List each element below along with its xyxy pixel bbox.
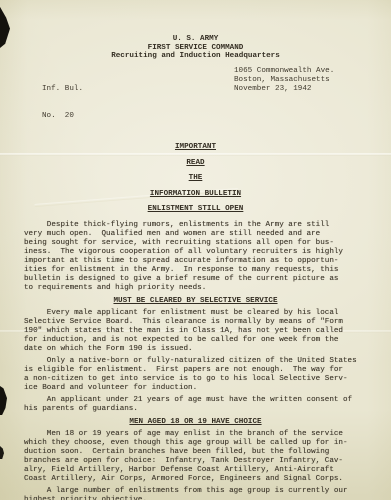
letterhead-army-line: U. S. ARMY — [24, 35, 367, 44]
bulletin-number: No. 20 — [42, 112, 83, 121]
document-date: November 23, 1942 — [234, 85, 367, 94]
address-block: 1065 Commonwealth Ave. Boston, Massachus… — [234, 67, 367, 139]
bulletin-reference-label: Inf. Bul. — [42, 85, 83, 94]
banner-line-enlistment-still-open: ENLISTMENT STILL OPEN — [24, 202, 367, 218]
section-heading-men-18-19-choice: MEN AGED 18 OR 19 HAVE CHOICE — [24, 418, 367, 427]
paragraph-branch-choice: Men 18 or 19 years of age may enlist in … — [24, 430, 367, 484]
banner-line-read: READ — [24, 156, 367, 172]
paragraph-citizenship-requirement: Only a native-born or fully-naturalized … — [24, 357, 367, 393]
document-content: U. S. ARMY FIRST SERVICE COMMAND Recruit… — [0, 0, 391, 500]
section-heading-selective-service: MUST BE CLEARED BY SELECTIVE SERVICE — [24, 297, 367, 306]
reference-and-address-row: Inf. Bul. No. 20 1065 Commonwealth Ave. … — [24, 67, 367, 139]
bulletin-reference-block: Inf. Bul. No. 20 — [42, 67, 83, 139]
address-street: 1065 Commonwealth Ave. — [234, 67, 367, 76]
address-city: Boston, Massachusetts — [234, 76, 367, 85]
document-letterhead: U. S. ARMY FIRST SERVICE COMMAND Recruit… — [24, 35, 367, 61]
banner-line-important: IMPORTANT — [24, 140, 367, 156]
paragraph-selective-service-clearance: Every male applicant for enlistment must… — [24, 309, 367, 354]
banner-block: IMPORTANT READ THE INFORMATION BULLETIN … — [24, 140, 367, 218]
banner-line-information-bulletin: INFORMATION BULLETIN — [24, 187, 367, 203]
banner-line-the: THE — [24, 171, 367, 187]
paragraph-priority-objective: A large number of enlistments from this … — [24, 487, 367, 500]
letterhead-command-line: FIRST SERVICE COMMAND — [24, 44, 367, 53]
intro-paragraph: Despite thick-flying rumors, enlistments… — [24, 221, 367, 293]
bulletin-document-page: U. S. ARMY FIRST SERVICE COMMAND Recruit… — [0, 0, 391, 500]
paragraph-under-21-consent: An applicant under 21 years of age must … — [24, 396, 367, 414]
letterhead-hq-line: Recruiting and Induction Headquarters — [24, 52, 367, 61]
